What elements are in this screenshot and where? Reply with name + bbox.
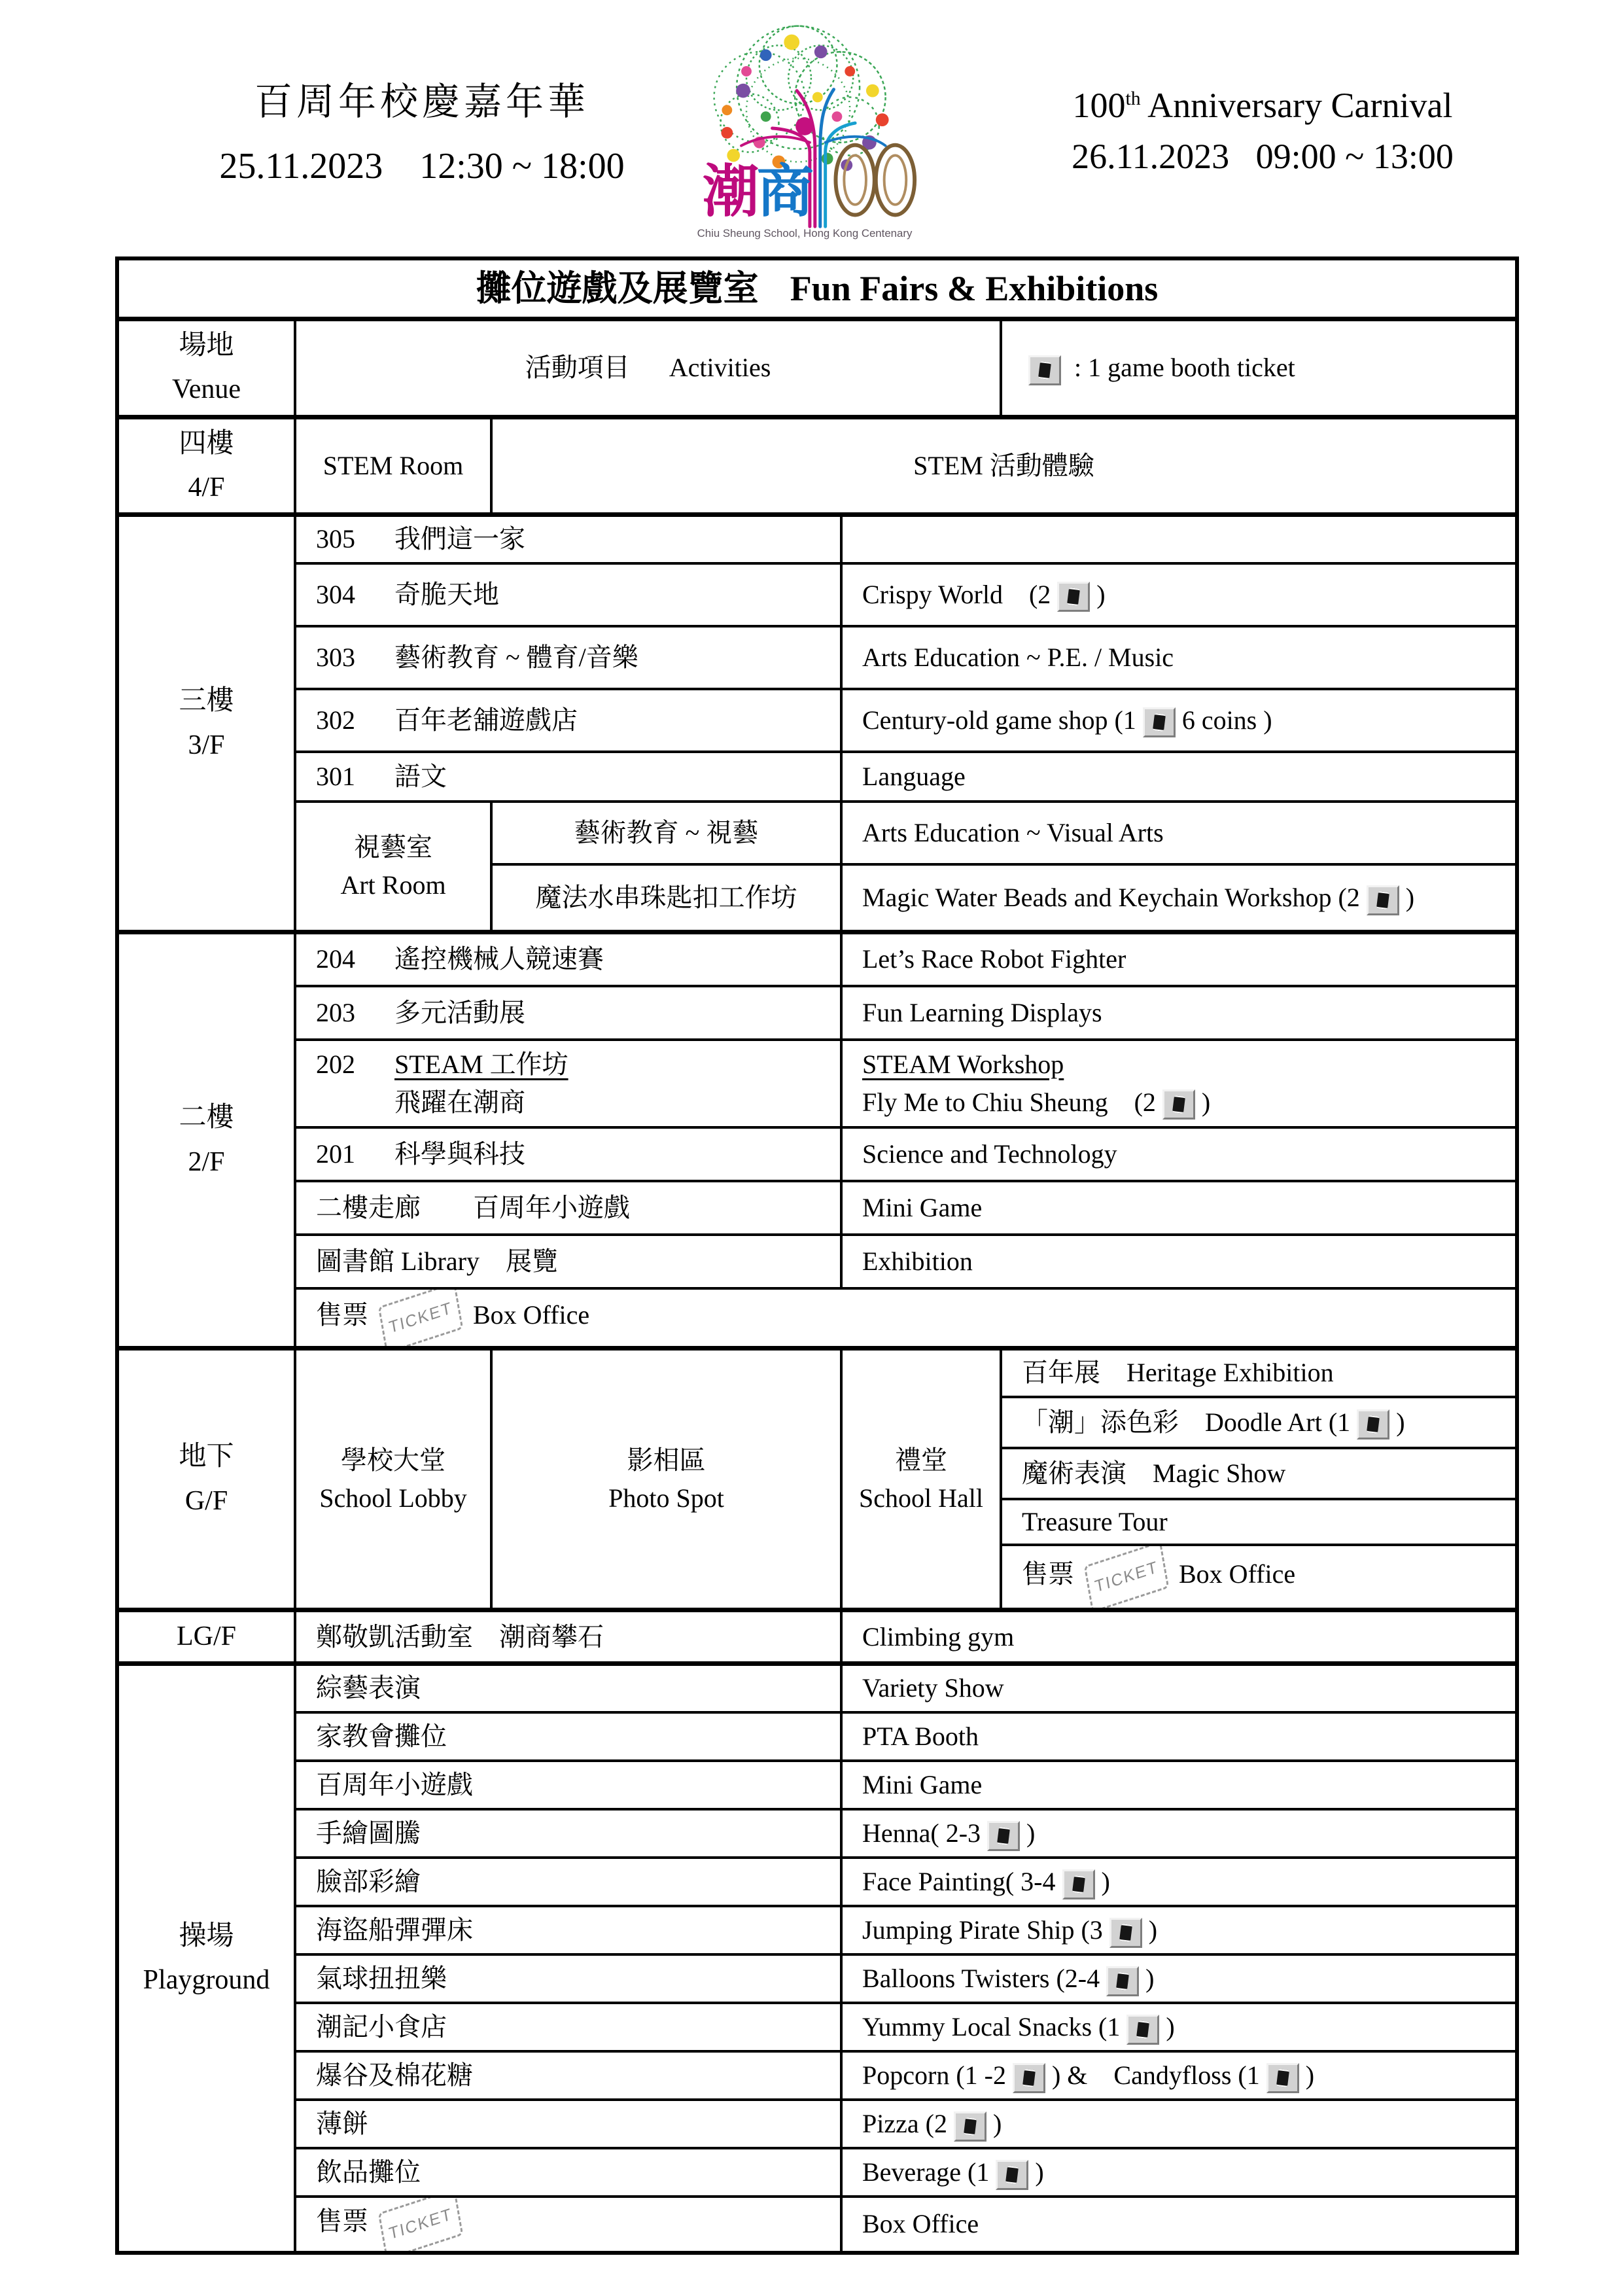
table-title-zh: 攤位遊戲及展覽室	[476, 269, 759, 308]
venue-2f: 二樓2/F	[117, 932, 295, 1349]
room-305-activity	[841, 515, 1517, 563]
row-305: 三樓3/F 305我們這一家	[117, 515, 1517, 563]
variety-show-name: 綜藝表演	[295, 1664, 841, 1712]
table-title: 攤位遊戲及展覽室Fun Fairs & Exhibitions	[117, 258, 1517, 319]
game-ticket-icon	[1143, 707, 1176, 737]
row-2f-box-office: 售票TICKETBox Office	[117, 1288, 1517, 1349]
venue-art-room: 視藝室Art Room	[295, 802, 491, 932]
lgf-climbing-activity: Climbing gym	[841, 1610, 1517, 1664]
gf-school-lobby: 學校大堂School Lobby	[295, 1349, 491, 1610]
room-204-name: 204遙控機械人競速賽	[295, 932, 841, 986]
venue-lgf: LG/F	[117, 1610, 295, 1664]
row-henna: 手繪圖騰 Henna( 2-3)	[117, 1809, 1517, 1858]
row-303: 303藝術教育 ~ 體育/音樂 Arts Education ~ P.E. / …	[117, 626, 1517, 689]
pirate-ship-activity: Jumping Pirate Ship (3)	[841, 1906, 1517, 1954]
playground-box-office-activity: Box Office	[841, 2197, 1517, 2253]
row-playground-box-office: 售票TICKET Box Office	[117, 2197, 1517, 2253]
room-303-activity: Arts Education ~ P.E. / Music	[841, 626, 1517, 689]
henna-name: 手繪圖騰	[295, 1809, 841, 1858]
gf-school-hall: 禮堂School Hall	[841, 1349, 1001, 1610]
row-corridor: 二樓走廊 百周年小遊戲 Mini Game	[117, 1181, 1517, 1235]
balloons-activity: Balloons Twisters (2-4)	[841, 1954, 1517, 2003]
face-painting-activity: Face Painting( 3-4)	[841, 1858, 1517, 1906]
row-202: 202STEAM 工作坊飛躍在潮商 STEAM Workshop Fly Me …	[117, 1040, 1517, 1127]
beverage-activity: Beverage (1)	[841, 2148, 1517, 2197]
row-lgf: LG/F 鄭敬凱活動室 潮商攀石 Climbing gym	[117, 1610, 1517, 1664]
row-pizza: 薄餅 Pizza (2)	[117, 2100, 1517, 2148]
row-mini-game: 百周年小遊戲 Mini Game	[117, 1761, 1517, 1809]
row-snacks: 潮記小食店 Yummy Local Snacks (1)	[117, 2003, 1517, 2051]
room-301-name: 301語文	[295, 752, 841, 802]
game-ticket-icon	[954, 2111, 986, 2142]
room-305-name: 305我們這一家	[295, 515, 841, 563]
logo-double-zero	[835, 145, 915, 215]
snacks-name: 潮記小食店	[295, 2003, 841, 2051]
art-room-activity2-en: Magic Water Beads and Keychain Workshop …	[841, 864, 1517, 932]
venue-gf: 地下G/F	[117, 1349, 295, 1610]
room-203-name: 203多元活動展	[295, 986, 841, 1040]
game-ticket-icon	[1357, 1409, 1389, 1439]
pta-booth-activity: PTA Booth	[841, 1712, 1517, 1761]
library-name: 圖書館 Library 展覽	[295, 1235, 841, 1288]
logo-char-right: 商	[757, 160, 814, 224]
room-301-activity: Language	[841, 752, 1517, 802]
face-painting-name: 臉部彩繪	[295, 1858, 841, 1906]
corridor-activity: Mini Game	[841, 1181, 1517, 1235]
room-201-name: 201科學與科技	[295, 1127, 841, 1181]
table-title-en: Fun Fairs & Exhibitions	[790, 269, 1159, 308]
event-title-english-block: 100th Anniversary Carnival 26.11.2023 09…	[962, 85, 1563, 177]
game-ticket-icon	[996, 2160, 1028, 2190]
lgf-climbing-name: 鄭敬凱活動室 潮商攀石	[295, 1610, 841, 1664]
row-pta-booth: 家教會攤位 PTA Booth	[117, 1712, 1517, 1761]
popcorn-name: 爆谷及棉花糖	[295, 2051, 841, 2100]
row-204: 二樓2/F 204遙控機械人競速賽 Let’s Race Robot Fight…	[117, 932, 1517, 986]
event-title-chinese-block: 百周年校慶嘉年華 25.11.2023 12:30 ~ 18:00	[164, 71, 680, 187]
game-ticket-icon	[1013, 2063, 1045, 2093]
venue-playground: 操場Playground	[117, 1664, 295, 2253]
row-popcorn: 爆谷及棉花糖 Popcorn (1 -2) & Candyfloss (1)	[117, 2051, 1517, 2100]
gf-photo-spot: 影相區Photo Spot	[491, 1349, 841, 1610]
game-ticket-icon	[1057, 582, 1090, 612]
room-202-name: 202STEAM 工作坊飛躍在潮商	[295, 1040, 841, 1127]
room-303-name: 303藝術教育 ~ 體育/音樂	[295, 626, 841, 689]
library-activity: Exhibition	[841, 1235, 1517, 1288]
row-pirate-ship: 海盜船彈彈床 Jumping Pirate Ship (3)	[117, 1906, 1517, 1954]
corridor-name: 二樓走廊 百周年小遊戲	[295, 1181, 841, 1235]
venue-3f: 三樓3/F	[117, 515, 295, 932]
event-title-en: 100th Anniversary Carnival	[962, 85, 1563, 126]
logo-caption: Chiu Sheung School, Hong Kong Centenary	[697, 227, 913, 239]
school-logo: 潮 商 Chiu Sheung School, Hong Kong Centen…	[688, 12, 921, 242]
snacks-activity: Yummy Local Snacks (1)	[841, 2003, 1517, 2051]
2f-box-office: 售票TICKETBox Office	[295, 1288, 1517, 1349]
henna-activity: Henna( 2-3)	[841, 1809, 1517, 1858]
hall-doodle-art: 「潮」添色彩 Doodle Art (1)	[1001, 1397, 1517, 1448]
hall-magic-show: 魔術表演 Magic Show	[1001, 1448, 1517, 1499]
art-room-activity1-zh: 藝術教育 ~ 視藝	[491, 802, 841, 864]
room-304-activity: Crispy World (2)	[841, 563, 1517, 626]
ticket-legend-text: : 1 game booth ticket	[1074, 353, 1295, 382]
room-304-name: 304奇脆天地	[295, 563, 841, 626]
game-ticket-icon	[1062, 1869, 1095, 1899]
beverage-name: 飲品攤位	[295, 2148, 841, 2197]
row-201: 201科學與科技 Science and Technology	[117, 1127, 1517, 1181]
row-203: 203多元活動展 Fun Learning Displays	[117, 986, 1517, 1040]
game-ticket-icon	[1126, 2015, 1159, 2045]
playground-box-office-name: 售票TICKET	[295, 2197, 841, 2253]
variety-show-activity: Variety Show	[841, 1664, 1517, 1712]
popcorn-activity: Popcorn (1 -2) & Candyfloss (1)	[841, 2051, 1517, 2100]
pizza-activity: Pizza (2)	[841, 2100, 1517, 2148]
event-date-day1: 25.11.2023 12:30 ~ 18:00	[164, 145, 680, 187]
game-ticket-icon	[987, 1821, 1020, 1851]
mini-game-name: 百周年小遊戲	[295, 1761, 841, 1809]
room-201-activity: Science and Technology	[841, 1127, 1517, 1181]
stem-activity: STEM 活動體驗	[491, 417, 1517, 514]
game-ticket-icon	[1266, 2063, 1299, 2093]
column-header-venue: 場地Venue	[117, 319, 295, 417]
venue-4f: 四樓4/F	[117, 417, 295, 514]
game-ticket-icon	[1109, 1918, 1142, 1948]
event-date-day2: 26.11.2023 09:00 ~ 13:00	[962, 136, 1563, 177]
balloons-name: 氣球扭扭樂	[295, 1954, 841, 2003]
mini-game-activity: Mini Game	[841, 1761, 1517, 1809]
game-ticket-icon	[1367, 885, 1399, 915]
hall-heritage-exhibition: 百年展 Heritage Exhibition	[1001, 1349, 1517, 1397]
row-library: 圖書館 Library 展覽 Exhibition	[117, 1235, 1517, 1288]
page-header: 百周年校慶嘉年華 25.11.2023 12:30 ~ 18:00	[0, 0, 1623, 256]
pta-booth-name: 家教會攤位	[295, 1712, 841, 1761]
row-variety-show: 操場Playground 綜藝表演 Variety Show	[117, 1664, 1517, 1712]
room-302-name: 302百年老舖遊戲店	[295, 689, 841, 752]
event-title-zh: 百周年校慶嘉年華	[164, 71, 680, 126]
row-302: 302百年老舖遊戲店 Century-old game shop (16 coi…	[117, 689, 1517, 752]
pizza-name: 薄餅	[295, 2100, 841, 2148]
ticket-stamp-icon: TICKET	[1084, 1545, 1170, 1610]
room-204-activity: Let’s Race Robot Fighter	[841, 932, 1517, 986]
room-203-activity: Fun Learning Displays	[841, 986, 1517, 1040]
row-balloons: 氣球扭扭樂 Balloons Twisters (2-4)	[117, 1954, 1517, 2003]
ticket-stamp-icon: TICKET	[378, 2197, 464, 2253]
art-room-activity1-en: Arts Education ~ Visual Arts	[841, 802, 1517, 864]
ticket-stamp-icon: TICKET	[378, 1288, 464, 1349]
game-ticket-icon	[1028, 355, 1061, 385]
row-304: 304奇脆天地 Crispy World (2)	[117, 563, 1517, 626]
fun-fairs-table: 攤位遊戲及展覽室Fun Fairs & Exhibitions 場地Venue …	[115, 256, 1519, 2255]
row-gf-heritage: 地下G/F 學校大堂School Lobby 影相區Photo Spot 禮堂S…	[117, 1349, 1517, 1397]
room-302-activity: Century-old game shop (16 coins )	[841, 689, 1517, 752]
row-face-painting: 臉部彩繪 Face Painting( 3-4)	[117, 1858, 1517, 1906]
gf-box-office: 售票TICKETBox Office	[1001, 1545, 1517, 1610]
ticket-legend: : 1 game booth ticket	[1001, 319, 1517, 417]
column-header-activities: 活動項目Activities	[295, 319, 1001, 417]
game-ticket-icon	[1162, 1089, 1195, 1120]
hall-treasure-tour: Treasure Tour	[1001, 1499, 1517, 1545]
row-beverage: 飲品攤位 Beverage (1)	[117, 2148, 1517, 2197]
stem-room: STEM Room	[295, 417, 491, 514]
row-art-room-1: 視藝室Art Room 藝術教育 ~ 視藝 Arts Education ~ V…	[117, 802, 1517, 864]
row-301: 301語文 Language	[117, 752, 1517, 802]
room-202-activity: STEAM Workshop Fly Me to Chiu Sheung (2)	[841, 1040, 1517, 1127]
game-ticket-icon	[1106, 1966, 1139, 1996]
art-room-activity2-zh: 魔法水串珠匙扣工作坊	[491, 864, 841, 932]
logo-char-left: 潮	[703, 160, 759, 224]
pirate-ship-name: 海盜船彈彈床	[295, 1906, 841, 1954]
